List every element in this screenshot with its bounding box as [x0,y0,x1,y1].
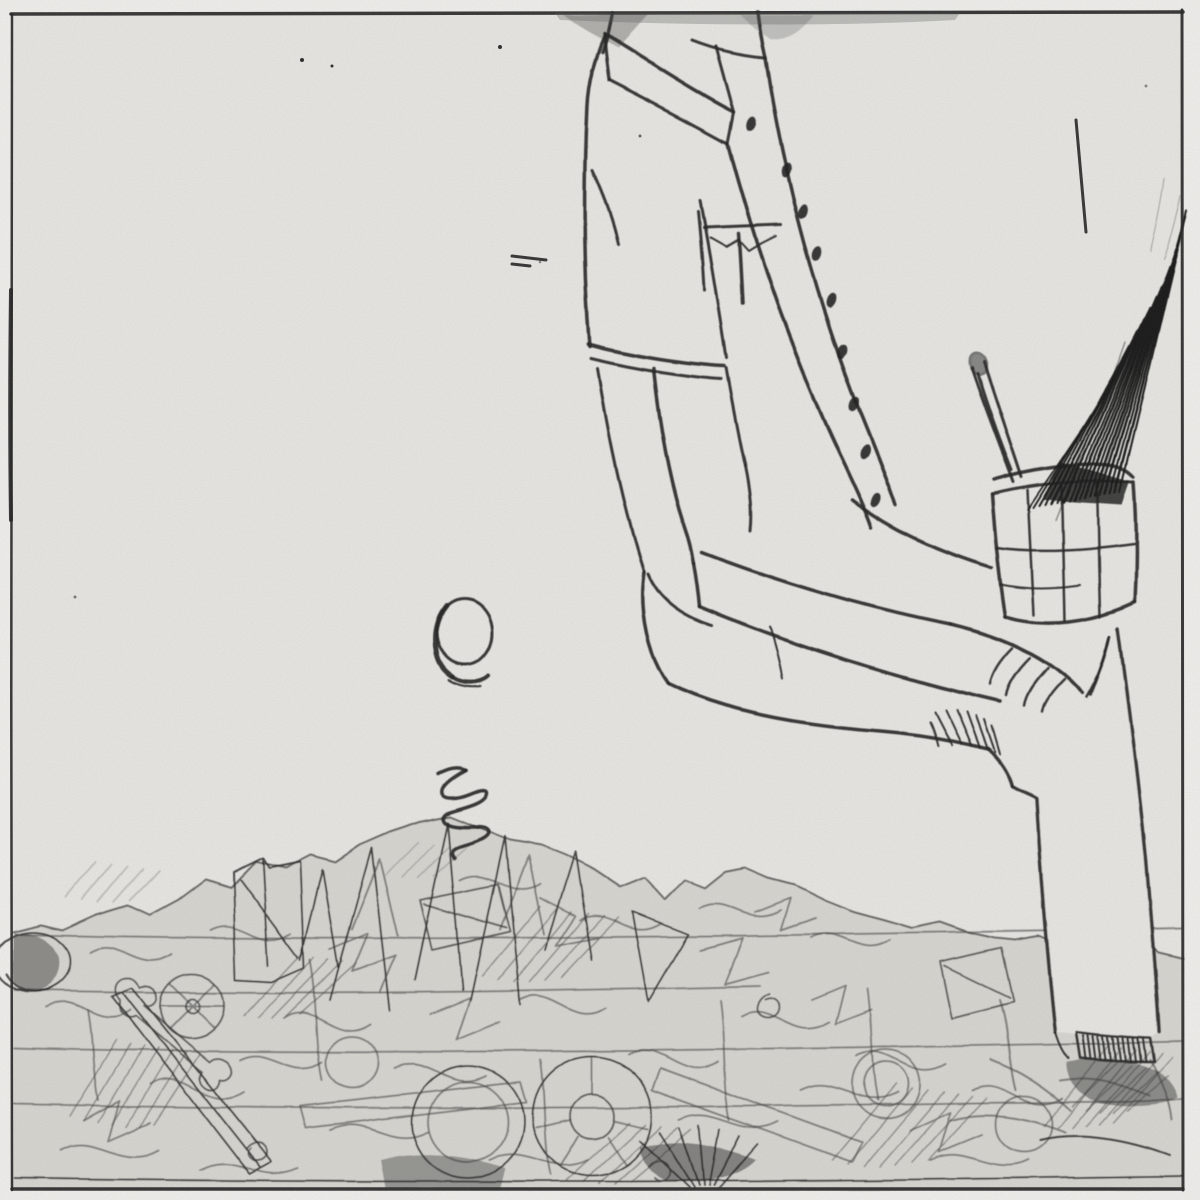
etching-print-page [0,0,1200,1200]
etching-artwork [0,0,1200,1200]
paper-grain-texture [0,0,1200,1200]
